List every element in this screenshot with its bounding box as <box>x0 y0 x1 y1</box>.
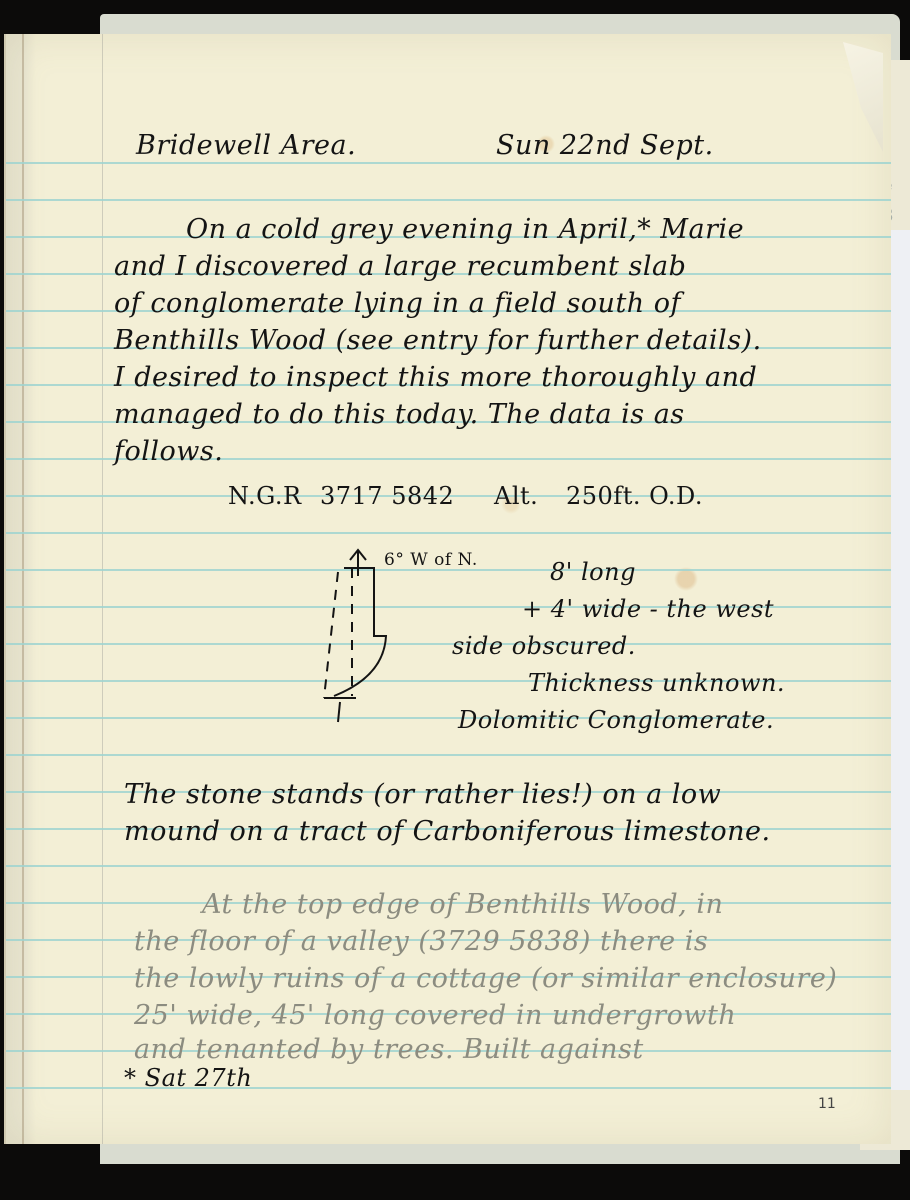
faded-text-line: 25' wide, 45' long covered in undergrowt… <box>134 1000 736 1031</box>
orientation-label: 6° W of N. <box>384 550 478 570</box>
folded-corner <box>843 42 883 152</box>
grid-ref-label: N.G.R <box>228 482 302 510</box>
faded-text-line: the floor of a valley (3729 5838) there … <box>134 926 708 957</box>
faded-text-line: At the top edge of Benthills Wood, in <box>202 889 723 920</box>
measurement-line: 8' long <box>550 558 636 586</box>
ruled-line <box>6 754 891 756</box>
text-line: I desired to inspect this more thoroughl… <box>114 362 757 393</box>
margin-line <box>102 34 103 1144</box>
ruled-line <box>6 199 891 201</box>
heading-date: Sun 22nd Sept. <box>496 130 714 161</box>
text-line: mound on a tract of Carboniferous limest… <box>124 816 771 847</box>
faded-text-line: and tenanted by trees. Built against <box>134 1034 644 1065</box>
page-spine <box>22 34 24 1144</box>
measurement-line: Thickness unknown. <box>528 669 785 697</box>
altitude-value: 250ft. O.D. <box>566 482 703 510</box>
text-line: of conglomerate lying in a field south o… <box>114 288 681 319</box>
ruled-line <box>6 532 891 534</box>
measurement-line: Dolomitic Conglomerate. <box>458 706 774 734</box>
notebook-page: Bridewell Area. Sun 22nd Sept. On a cold… <box>4 34 891 1144</box>
text-line: managed to do this today. The data is as <box>114 399 685 430</box>
text-line: The stone stands (or rather lies!) on a … <box>124 779 721 810</box>
altitude-label: Alt. <box>494 482 538 510</box>
text-line: follows. <box>114 436 223 467</box>
text-line: and I discovered a large recumbent slab <box>114 251 686 282</box>
page-number: 11 <box>818 1096 836 1112</box>
measurement-line: side obscured. <box>452 632 636 660</box>
footnote: * Sat 27th <box>124 1064 252 1092</box>
ruled-line <box>6 162 891 164</box>
text-line: On a cold grey evening in April,* Marie <box>186 214 744 245</box>
faded-text-line: the lowly ruins of a cottage (or similar… <box>134 963 837 994</box>
heading-place: Bridewell Area. <box>136 130 356 161</box>
ruled-line <box>6 865 891 867</box>
grid-ref-value: 3717 5842 <box>320 482 454 510</box>
text-line: Benthills Wood (see entry for further de… <box>114 325 762 356</box>
stone-sketch-diagram <box>306 546 416 746</box>
measurement-line: + 4' wide - the west <box>522 595 774 623</box>
loose-sheet <box>890 230 910 1090</box>
ruled-line <box>6 643 891 645</box>
